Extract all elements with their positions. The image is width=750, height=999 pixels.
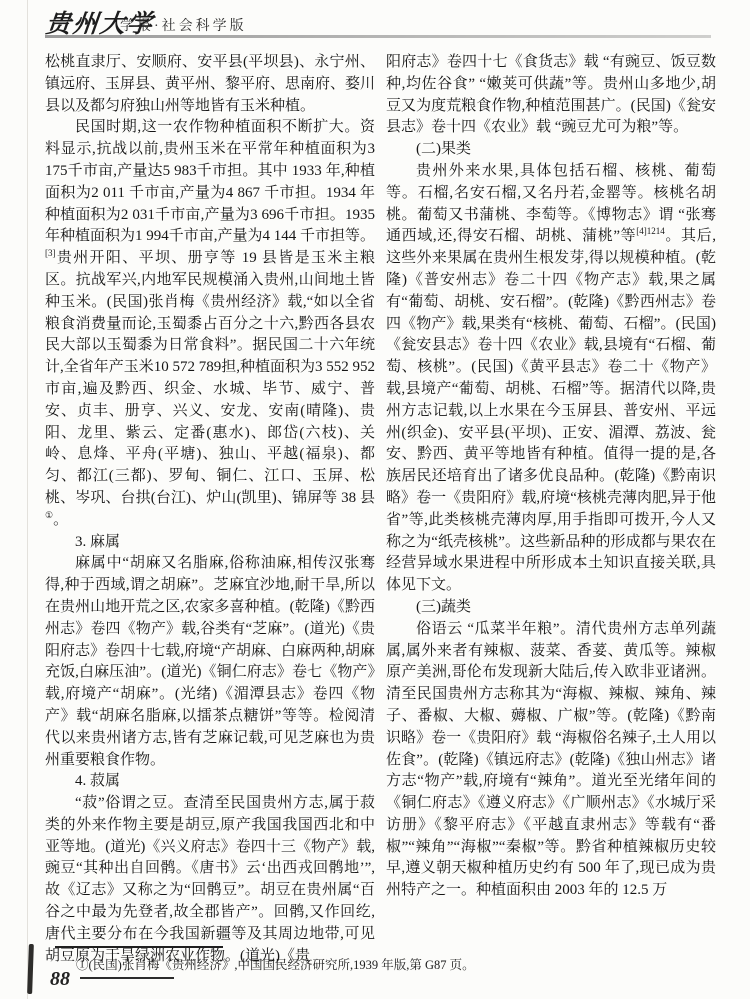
paragraph-corn-regions: 松桃直隶厅、安顺府、安平县(平坝县)、永宁州、镇远府、玉屏县、黄平州、黎平府、思… bbox=[45, 52, 375, 117]
scan-artifact-mark bbox=[27, 944, 34, 994]
scan-left-edge-line bbox=[27, 0, 28, 999]
journal-subtitle: 学报·社会科学版 bbox=[120, 15, 247, 35]
paragraph-hemp: 麻属中“胡麻又名脂麻,俗称油麻,相传汉张骞得,种于西域,谓之胡麻”。芝麻宜沙地,… bbox=[45, 553, 375, 771]
paragraph-vegetables: 俗语云 “瓜菜半年粮”。清代贵州方志单列蔬属,属外来者有辣椒、菠菜、香荽、黄瓜等… bbox=[386, 619, 716, 902]
left-column: 松桃直隶厅、安顺府、安平县(平坝县)、永宁州、镇远府、玉屏县、黄平州、黎平府、思… bbox=[45, 52, 375, 967]
footnote-separator-rule bbox=[55, 946, 223, 948]
section-heading-vegetables: (三)蔬类 bbox=[386, 597, 716, 619]
section-heading-fruits: (二)果类 bbox=[386, 139, 716, 161]
header-divider-rule bbox=[45, 35, 711, 38]
footnote-text: ①(民国)张肖梅《贵州经济》,中国国民经济研究所,1939 年版,第 G87 页… bbox=[76, 955, 708, 973]
page-number: 88 bbox=[50, 968, 70, 991]
text-run: 。 bbox=[53, 512, 68, 528]
text-run: 民国时期,这一农作物种植面积不断扩大。资料显示,抗战以前,贵州玉米在平常年种植面… bbox=[45, 119, 375, 244]
text-run: 贵州开阳、平坝、册亨等 19 县皆是玉米主粮区。抗战军兴,内地军民规模涌入贵州,… bbox=[45, 250, 375, 506]
right-column: 阳府志》卷四十七《食货志》载 “有豌豆、饭豆数种,均佐谷食” “嫩荚可供蔬”等。… bbox=[386, 52, 716, 902]
paragraph-beans-continued: 阳府志》卷四十七《食货志》载 “有豌豆、饭豆数种,均佐谷食” “嫩荚可供蔬”等。… bbox=[386, 52, 716, 139]
section-heading-hemp: 3. 麻属 bbox=[45, 532, 375, 554]
paragraph-fruits: 贵州外来水果,具体包括石榴、核桃、葡萄等。石榴,名安石榴,又名丹若,金罂等。核桃… bbox=[386, 161, 716, 597]
section-heading-beans: 4. 菽属 bbox=[45, 771, 375, 793]
citation-ref-4: [4]1214 bbox=[636, 226, 665, 236]
paragraph-corn-statistics: 民国时期,这一农作物种植面积不断扩大。资料显示,抗战以前,贵州玉米在平常年种植面… bbox=[45, 117, 375, 531]
text-run: 。其后,这些外来果属在贵州生根发芽,得以规模种植。(乾隆)《普安州志》卷二十四《… bbox=[386, 228, 716, 593]
paragraph-beans: “菽”俗谓之豆。查清至民国贵州方志,属于菽类的外来作物主要是胡豆,原产我国我国西… bbox=[45, 793, 375, 967]
footnote-ref-1: ① bbox=[45, 510, 53, 520]
citation-ref-3: [3] bbox=[45, 248, 56, 258]
page-number-rule bbox=[80, 977, 174, 979]
